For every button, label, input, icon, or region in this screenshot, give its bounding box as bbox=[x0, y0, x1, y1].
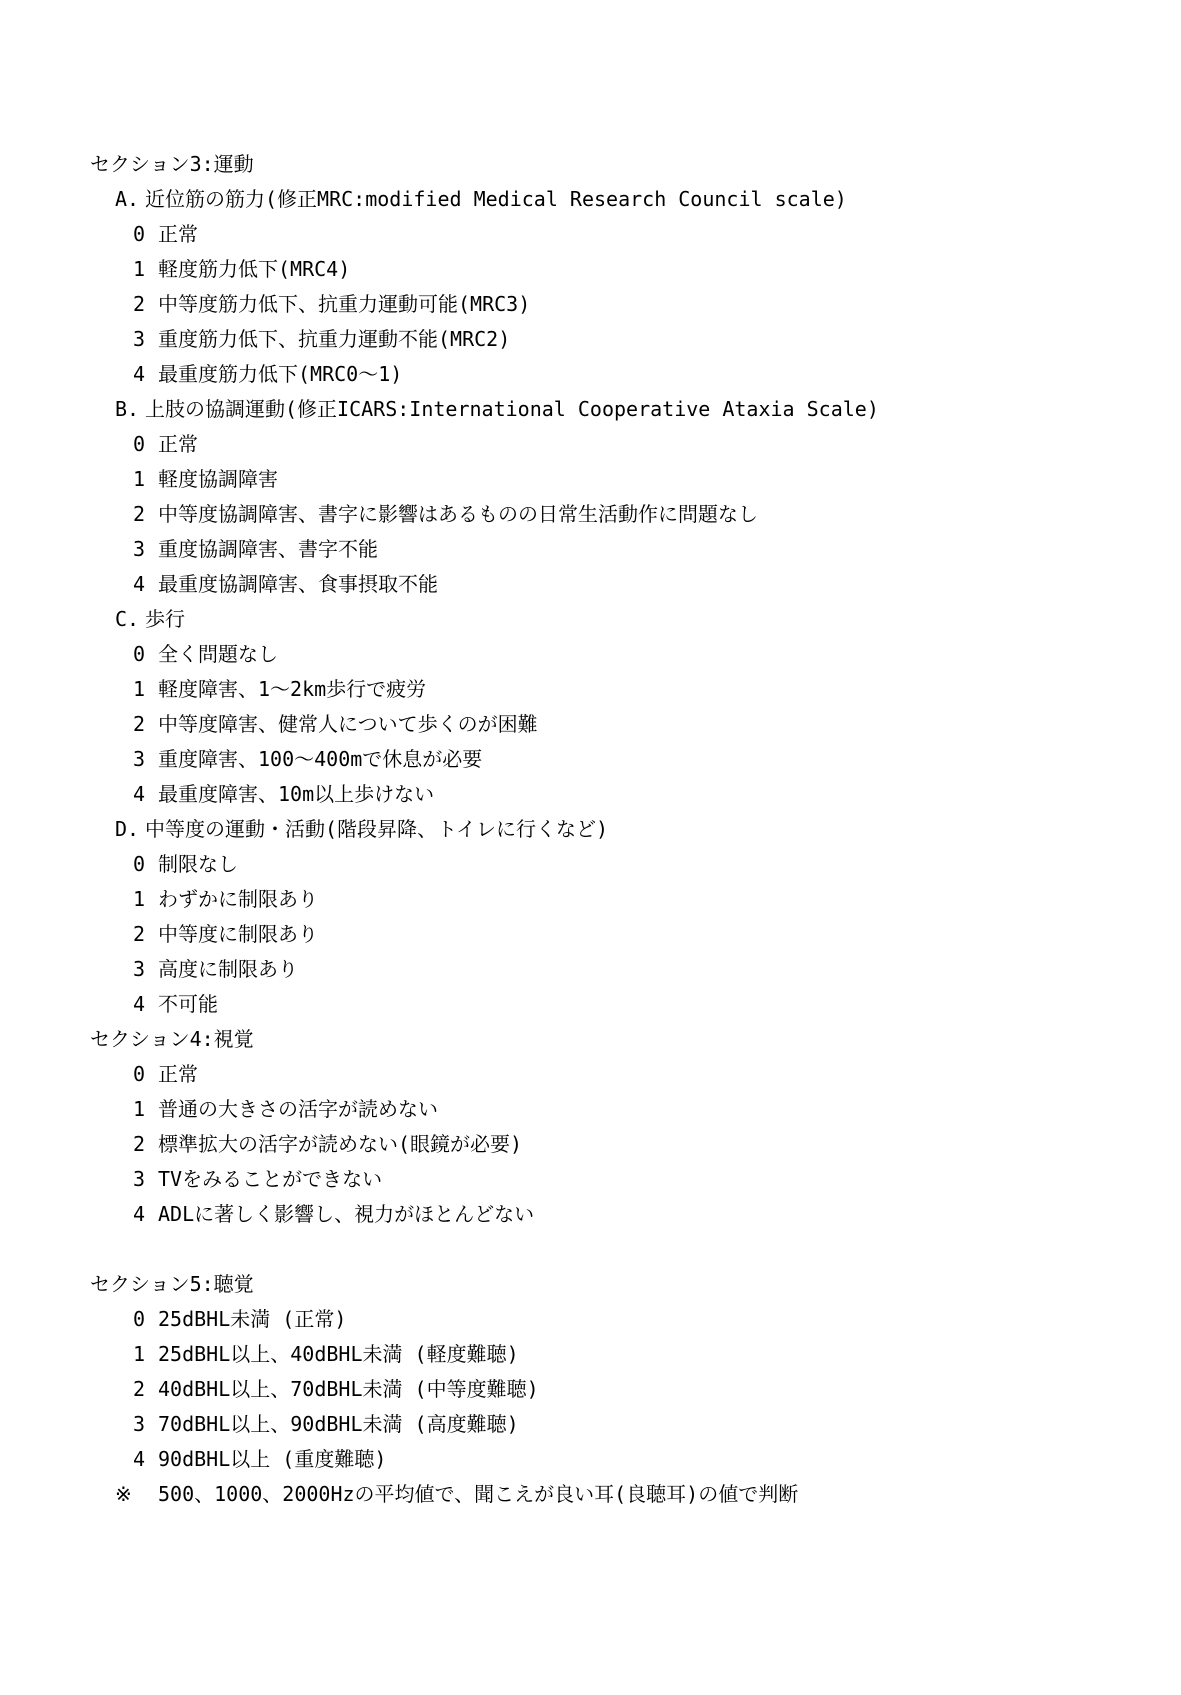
line-text: 軽度障害、1〜2km歩行で疲労 bbox=[158, 677, 426, 701]
line-text: 制限なし bbox=[158, 852, 238, 876]
line-section: セクション5:聴覚 bbox=[0, 1267, 1181, 1302]
line-num: 0 bbox=[133, 847, 158, 882]
line-opt: 2中等度協調障害、書字に影響はあるものの日常生活動作に問題なし bbox=[0, 497, 1181, 532]
line-text: セクション3:運動 bbox=[90, 152, 254, 176]
line-label: B. bbox=[115, 392, 145, 427]
line-text: ADLに著しく影響し、視力がほとんどない bbox=[158, 1202, 534, 1226]
line-text: 中等度協調障害、書字に影響はあるものの日常生活動作に問題なし bbox=[158, 502, 758, 526]
line-num: 1 bbox=[133, 882, 158, 917]
line-text: 正常 bbox=[158, 1062, 198, 1086]
line-opt: 4最重度障害、10m以上歩けない bbox=[0, 777, 1181, 812]
line-text: 高度に制限あり bbox=[158, 957, 298, 981]
line-opt: 240dBHL以上、70dBHL未満 (中等度難聴) bbox=[0, 1372, 1181, 1407]
line-text: 正常 bbox=[158, 222, 198, 246]
line-text: 70dBHL以上、90dBHL未満 (高度難聴) bbox=[158, 1412, 519, 1436]
line-marker: ※ bbox=[115, 1477, 158, 1512]
line-text: 重度筋力低下、抗重力運動不能(MRC2) bbox=[158, 327, 510, 351]
line-text: 重度協調障害、書字不能 bbox=[158, 537, 378, 561]
line-sub: B.上肢の協調運動(修正ICARS:International Cooperat… bbox=[0, 392, 1181, 427]
line-opt: 4最重度筋力低下(MRC0〜1) bbox=[0, 357, 1181, 392]
line-text: 上肢の協調運動(修正ICARS:International Cooperativ… bbox=[145, 397, 879, 421]
line-text: 90dBHL以上 (重度難聴) bbox=[158, 1447, 386, 1471]
line-num: 0 bbox=[133, 1302, 158, 1337]
line-text: わずかに制限あり bbox=[158, 887, 318, 911]
document-lines: セクション3:運動A.近位筋の筋力(修正MRC:modified Medical… bbox=[0, 147, 1181, 1512]
line-opt: 490dBHL以上 (重度難聴) bbox=[0, 1442, 1181, 1477]
line-text: 重度障害、100〜400mで休息が必要 bbox=[158, 747, 482, 771]
line-text: 全く問題なし bbox=[158, 642, 278, 666]
line-text: 中等度の運動・活動(階段昇降、トイレに行くなど) bbox=[145, 817, 608, 841]
line-text: 軽度筋力低下(MRC4) bbox=[158, 257, 350, 281]
line-section: セクション4:視覚 bbox=[0, 1022, 1181, 1057]
line-opt: 1わずかに制限あり bbox=[0, 882, 1181, 917]
line-text: 最重度障害、10m以上歩けない bbox=[158, 782, 434, 806]
line-section: セクション3:運動 bbox=[0, 147, 1181, 182]
line-num: 3 bbox=[133, 532, 158, 567]
line-opt: 0正常 bbox=[0, 1057, 1181, 1092]
line-text: 中等度障害、健常人について歩くのが困難 bbox=[158, 712, 538, 736]
line-opt: 1軽度筋力低下(MRC4) bbox=[0, 252, 1181, 287]
line-num: 4 bbox=[133, 1442, 158, 1477]
line-text: 500、1000、2000Hzの平均値で、聞こえが良い耳(良聴耳)の値で判断 bbox=[158, 1482, 798, 1506]
line-text: 最重度筋力低下(MRC0〜1) bbox=[158, 362, 402, 386]
line-text: 中等度筋力低下、抗重力運動可能(MRC3) bbox=[158, 292, 530, 316]
line-num: 1 bbox=[133, 1092, 158, 1127]
line-num: 2 bbox=[133, 917, 158, 952]
line-sub: D.中等度の運動・活動(階段昇降、トイレに行くなど) bbox=[0, 812, 1181, 847]
line-num: 0 bbox=[133, 427, 158, 462]
line-opt: 125dBHL以上、40dBHL未満 (軽度難聴) bbox=[0, 1337, 1181, 1372]
line-num: 0 bbox=[133, 217, 158, 252]
line-opt: 4ADLに著しく影響し、視力がほとんどない bbox=[0, 1197, 1181, 1232]
line-num: 3 bbox=[133, 742, 158, 777]
line-num: 1 bbox=[133, 462, 158, 497]
line-num: 2 bbox=[133, 1372, 158, 1407]
line-num: 1 bbox=[133, 1337, 158, 1372]
line-num: 4 bbox=[133, 777, 158, 812]
line-num: 4 bbox=[133, 357, 158, 392]
line-opt: 4不可能 bbox=[0, 987, 1181, 1022]
line-num: 2 bbox=[133, 497, 158, 532]
line-num: 3 bbox=[133, 952, 158, 987]
line-text: 歩行 bbox=[145, 607, 185, 631]
line-sub: A.近位筋の筋力(修正MRC:modified Medical Research… bbox=[0, 182, 1181, 217]
line-text: セクション4:視覚 bbox=[90, 1027, 254, 1051]
line-text: 近位筋の筋力(修正MRC:modified Medical Research C… bbox=[145, 187, 847, 211]
line-opt: 3高度に制限あり bbox=[0, 952, 1181, 987]
line-opt: 2中等度筋力低下、抗重力運動可能(MRC3) bbox=[0, 287, 1181, 322]
line-opt: 2標準拡大の活字が読めない(眼鏡が必要) bbox=[0, 1127, 1181, 1162]
line-text: 最重度協調障害、食事摂取不能 bbox=[158, 572, 438, 596]
line-text: 普通の大きさの活字が読めない bbox=[158, 1097, 438, 1121]
line-opt: 2中等度障害、健常人について歩くのが困難 bbox=[0, 707, 1181, 742]
line-text: TVをみることができない bbox=[158, 1167, 382, 1191]
line-opt: 0正常 bbox=[0, 427, 1181, 462]
line-opt: 2中等度に制限あり bbox=[0, 917, 1181, 952]
line-note: ※500、1000、2000Hzの平均値で、聞こえが良い耳(良聴耳)の値で判断 bbox=[0, 1477, 1181, 1512]
line-label: D. bbox=[115, 812, 145, 847]
line-num: 3 bbox=[133, 322, 158, 357]
line-num: 3 bbox=[133, 1407, 158, 1442]
line-label: C. bbox=[115, 602, 145, 637]
line-num: 2 bbox=[133, 707, 158, 742]
line-num: 3 bbox=[133, 1162, 158, 1197]
line-opt: 3TVをみることができない bbox=[0, 1162, 1181, 1197]
line-text: 中等度に制限あり bbox=[158, 922, 318, 946]
line-num: 2 bbox=[133, 1127, 158, 1162]
line-opt: 0正常 bbox=[0, 217, 1181, 252]
line-opt: 0制限なし bbox=[0, 847, 1181, 882]
line-opt: 1普通の大きさの活字が読めない bbox=[0, 1092, 1181, 1127]
line-num: 0 bbox=[133, 1057, 158, 1092]
line-opt: 025dBHL未満 (正常) bbox=[0, 1302, 1181, 1337]
line-text: 25dBHL以上、40dBHL未満 (軽度難聴) bbox=[158, 1342, 519, 1366]
line-text: 標準拡大の活字が読めない(眼鏡が必要) bbox=[158, 1132, 522, 1156]
line-text: セクション5:聴覚 bbox=[90, 1272, 254, 1296]
line-num: 0 bbox=[133, 637, 158, 672]
line-num: 2 bbox=[133, 287, 158, 322]
line-num: 1 bbox=[133, 252, 158, 287]
line-opt: 370dBHL以上、90dBHL未満 (高度難聴) bbox=[0, 1407, 1181, 1442]
line-opt: 0全く問題なし bbox=[0, 637, 1181, 672]
line-opt: 3重度障害、100〜400mで休息が必要 bbox=[0, 742, 1181, 777]
line-num: 4 bbox=[133, 987, 158, 1022]
line-text: 40dBHL以上、70dBHL未満 (中等度難聴) bbox=[158, 1377, 539, 1401]
line-label: A. bbox=[115, 182, 145, 217]
line-opt: 3重度協調障害、書字不能 bbox=[0, 532, 1181, 567]
line-opt: 1軽度協調障害 bbox=[0, 462, 1181, 497]
document-page: セクション3:運動A.近位筋の筋力(修正MRC:modified Medical… bbox=[0, 0, 1181, 1695]
line-num: 1 bbox=[133, 672, 158, 707]
line-text: 正常 bbox=[158, 432, 198, 456]
line-text: 25dBHL未満 (正常) bbox=[158, 1307, 346, 1331]
line-text: 不可能 bbox=[158, 992, 218, 1016]
line-opt: 4最重度協調障害、食事摂取不能 bbox=[0, 567, 1181, 602]
line-opt: 1軽度障害、1〜2km歩行で疲労 bbox=[0, 672, 1181, 707]
line-sub: C.歩行 bbox=[0, 602, 1181, 637]
line-num: 4 bbox=[133, 1197, 158, 1232]
line-opt: 3重度筋力低下、抗重力運動不能(MRC2) bbox=[0, 322, 1181, 357]
line-blank bbox=[0, 1232, 1181, 1267]
line-num: 4 bbox=[133, 567, 158, 602]
line-text: 軽度協調障害 bbox=[158, 467, 278, 491]
